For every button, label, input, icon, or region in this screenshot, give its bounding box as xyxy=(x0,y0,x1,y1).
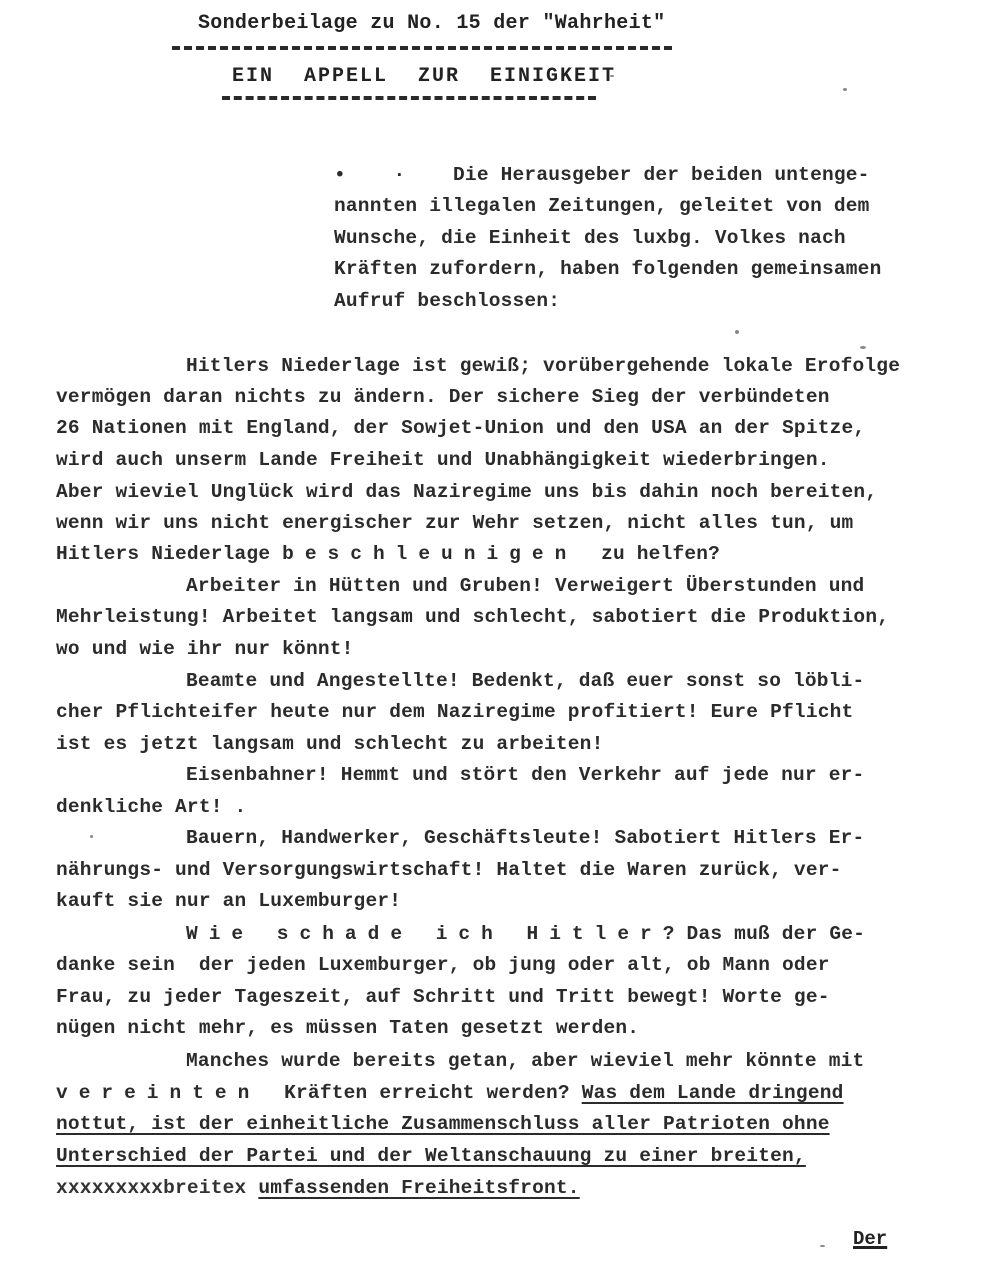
underlined-line: nottut, ist der einheitliche Zusammensch… xyxy=(56,1112,830,1136)
appeal-heading: EIN APPELL ZUR EINIGKEIT xyxy=(232,65,616,88)
body-line: Manches wurde bereits getan, aber wievie… xyxy=(56,1049,864,1073)
underlined-text: umfassenden Freiheitsfront. xyxy=(258,1177,579,1199)
body-line: 26 Nationen mit England, der Sowjet-Unio… xyxy=(56,416,865,440)
body-line: wenn wir uns nicht energischer zur Wehr … xyxy=(56,511,853,535)
body-line: Aber wieviel Unglück wird das Naziregime… xyxy=(56,480,877,504)
intro-line: • · Die Herausgeber der beiden untenge- xyxy=(334,163,870,187)
body-line: kauft sie nur an Luxemburger! xyxy=(56,889,401,913)
scan-speck xyxy=(843,88,847,91)
spaced-emphasis: vereinten xyxy=(56,1082,260,1104)
scan-speck xyxy=(820,1245,825,1247)
text-run: zu helfen? xyxy=(577,543,720,565)
body-line: Frau, zu jeder Tageszeit, auf Schritt un… xyxy=(56,985,830,1009)
body-line: wird auch unserm Lande Freiheit und Unab… xyxy=(56,448,830,472)
text-run: ? Das muß der Ge- xyxy=(663,923,865,945)
scan-speck xyxy=(860,346,866,349)
body-line: vermögen daran nichts zu ändern. Der sic… xyxy=(56,385,830,409)
body-line: Hitlers Niederlage beschleunigen zu helf… xyxy=(56,542,720,566)
body-line: nährungs- und Versorgungswirtschaft! Hal… xyxy=(56,858,842,882)
heading-rule xyxy=(222,96,596,100)
intro-line: Kräften zufordern, haben folgenden gemei… xyxy=(334,257,882,281)
body-line: Hitlers Niederlage ist gewiß; vorübergeh… xyxy=(56,354,900,378)
scan-speck xyxy=(735,330,739,334)
body-line: xxxxxxxxxbreitex umfassenden Freiheitsfr… xyxy=(56,1176,580,1200)
body-line: cher Pflichteifer heute nur dem Naziregi… xyxy=(56,700,853,724)
body-line: wo und wie ihr nur könnt! xyxy=(56,637,354,661)
body-line: Beamte und Angestellte! Bedenkt, daß eue… xyxy=(56,669,864,693)
text-run: Kräften erreicht werden? xyxy=(260,1082,581,1104)
catchword: Der xyxy=(853,1228,887,1250)
body-line: Eisenbahner! Hemmt und stört den Verkehr… xyxy=(56,763,864,787)
title-rule xyxy=(172,46,672,50)
body-line: Bauern, Handwerker, Geschäftsleute! Sabo… xyxy=(56,826,864,850)
intro-line: Aufruf beschlossen: xyxy=(334,289,560,313)
body-line: vereinten Kräften erreicht werden? Was d… xyxy=(56,1081,844,1105)
text-run: Hitlers Niederlage xyxy=(56,543,282,565)
body-line: Mehrleistung! Arbeitet langsam und schle… xyxy=(56,605,889,629)
document-page: Sonderbeilage zu No. 15 der "Wahrheit" E… xyxy=(0,0,1003,1280)
spaced-emphasis: beschleunigen xyxy=(282,543,577,565)
supplement-title: Sonderbeilage zu No. 15 der "Wahrheit" xyxy=(198,12,708,35)
body-line: Wie schade ich Hitler? Das muß der Ge- xyxy=(56,922,865,946)
spaced-emphasis: Wie schade ich Hitler xyxy=(186,923,663,945)
scan-speck xyxy=(90,835,93,838)
underlined-text: Was dem Lande dringend xyxy=(582,1082,844,1104)
typed-over-text: xxxxxxxxxbreitex xyxy=(56,1177,246,1199)
body-line: Arbeiter in Hütten und Gruben! Verweiger… xyxy=(56,574,864,598)
scan-speck xyxy=(610,75,614,77)
body-line: nügen nicht mehr, es müssen Taten gesetz… xyxy=(56,1016,639,1040)
intro-line: nannten illegalen Zeitungen, geleitet vo… xyxy=(334,194,870,218)
body-line: danke sein der jeden Luxemburger, ob jun… xyxy=(56,953,830,977)
intro-line: Wunsche, die Einheit des luxbg. Volkes n… xyxy=(334,226,846,250)
underlined-line: Unterschied der Partei und der Weltansch… xyxy=(56,1144,806,1168)
body-line: denkliche Art! . xyxy=(56,795,246,819)
body-line: ist es jetzt langsam und schlecht zu arb… xyxy=(56,732,604,756)
